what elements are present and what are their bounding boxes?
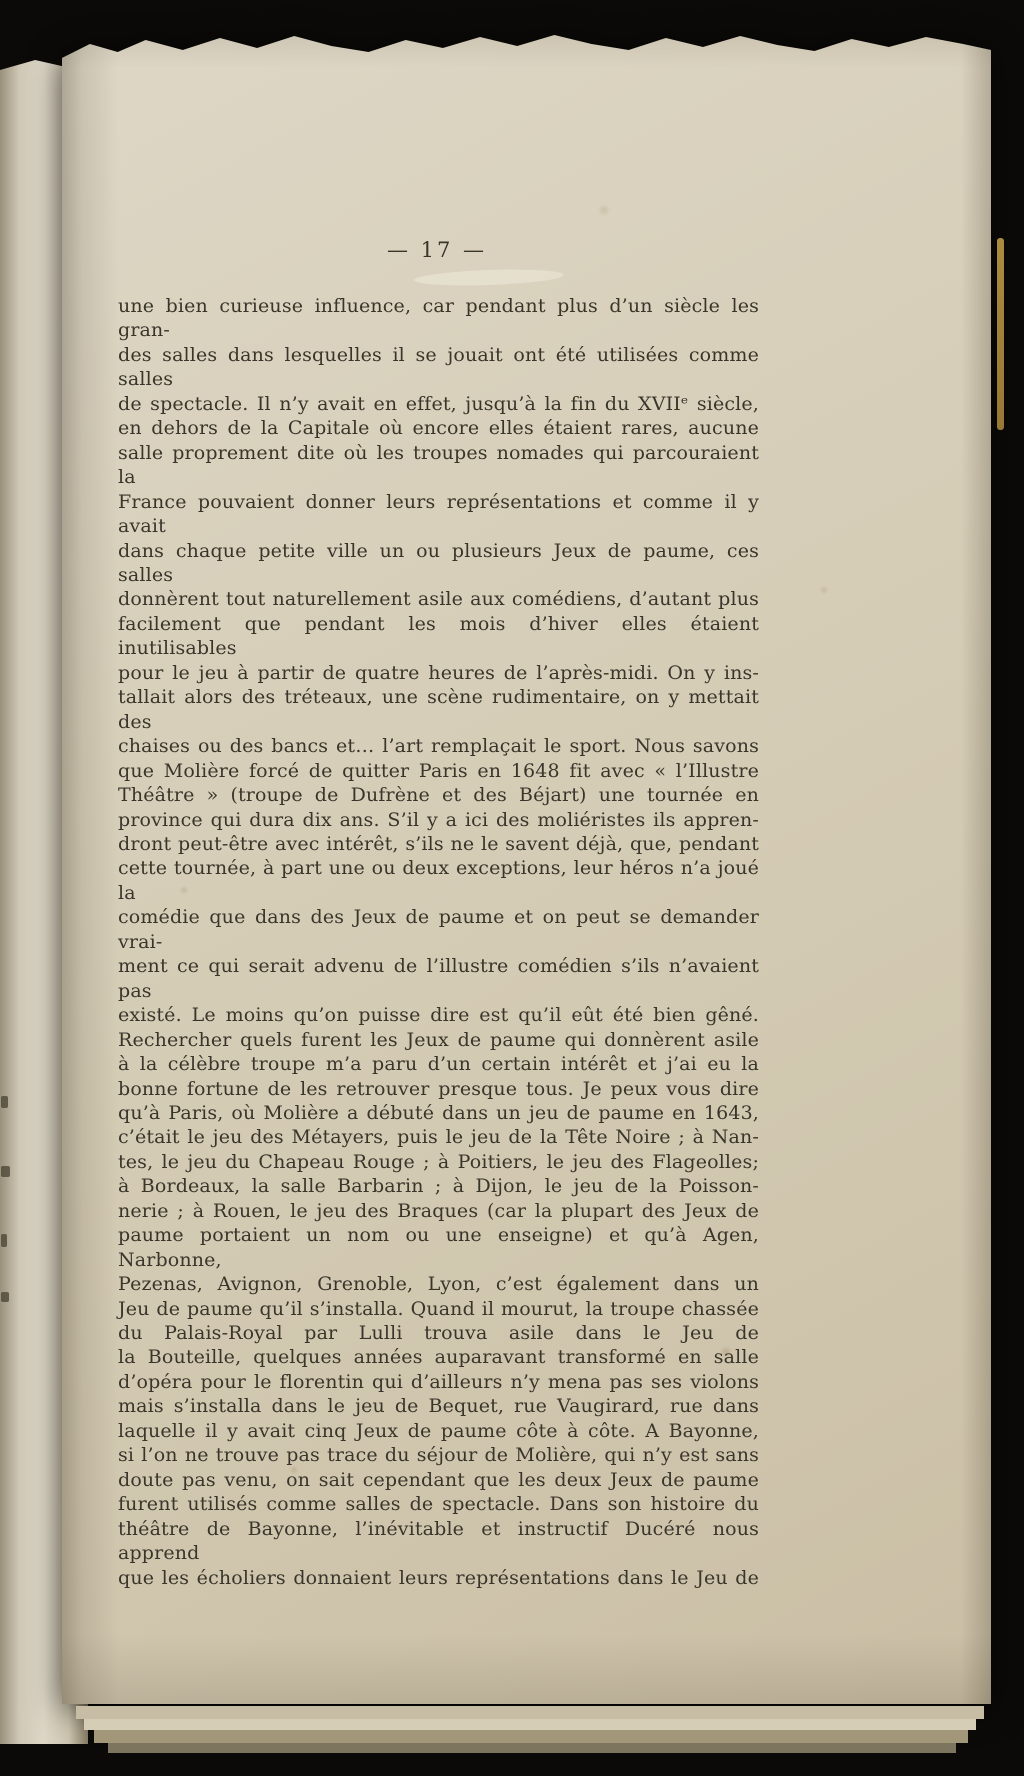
text-line: si l’on ne trouve pas trace du séjour de… xyxy=(118,1443,759,1467)
text-line: paume portaient un nom ou une enseigne) … xyxy=(118,1223,759,1272)
page-stack-edge xyxy=(84,1719,976,1730)
text-line: en dehors de la Capitale où encore elles… xyxy=(118,416,759,440)
scanned-book-page-wrap: — 17 — une bien curieuse influence, car … xyxy=(62,28,991,1704)
text-line: de spectacle. Il n’y avait en effet, jus… xyxy=(118,392,759,416)
page-stack-edge xyxy=(94,1730,968,1743)
text-line: province qui dura dix ans. S’il y a ici … xyxy=(118,808,759,832)
text-line: Pezenas, Avignon, Grenoble, Lyon, c’est … xyxy=(118,1272,759,1296)
text-line: que les écholiers donnaient leurs représ… xyxy=(118,1566,759,1590)
stray-ink-mark xyxy=(1,1166,10,1177)
text-line: c’était le jeu des Métayers, puis le jeu… xyxy=(118,1125,759,1149)
book-edge-sliver xyxy=(997,238,1004,430)
text-line: Rechercher quels furent les Jeux de paum… xyxy=(118,1028,759,1052)
page-text-block: une bien curieuse influence, car pendant… xyxy=(118,294,759,1590)
stray-ink-mark xyxy=(1,1292,9,1302)
text-line: dans chaque petite ville un ou plusieurs… xyxy=(118,539,759,588)
text-line: donnèrent tout naturellement asile aux c… xyxy=(118,587,759,611)
paper-abrasion xyxy=(414,267,564,287)
text-line: laquelle il y avait cinq Jeux de paume c… xyxy=(118,1419,759,1443)
text-line: Théâtre » (troupe de Dufrène et des Béja… xyxy=(118,783,759,807)
text-line: tes, le jeu du Chapeau Rouge ; à Poitier… xyxy=(118,1150,759,1174)
text-line: bonne fortune de les retrouver presque t… xyxy=(118,1077,759,1101)
text-line: comédie que dans des Jeux de paume et on… xyxy=(118,905,759,954)
text-line: théâtre de Bayonne, l’inévitable et inst… xyxy=(118,1517,759,1566)
text-line: furent utilisés comme salles de spectacl… xyxy=(118,1492,759,1516)
text-line: facilement que pendant les mois d’hiver … xyxy=(118,612,759,661)
text-line: du Palais-Royal par Lulli trouva asile d… xyxy=(118,1321,759,1345)
text-line: nerie ; à Rouen, le jeu des Braques (car… xyxy=(118,1199,759,1223)
text-line: dront peut-être avec intérêt, s’ils ne l… xyxy=(118,832,759,856)
text-line: France pouvaient donner leurs représenta… xyxy=(118,490,759,539)
text-line: doute pas venu, on sait cependant que le… xyxy=(118,1468,759,1492)
book-page: — 17 — une bien curieuse influence, car … xyxy=(62,28,991,1704)
text-line: une bien curieuse influence, car pendant… xyxy=(118,294,759,343)
text-line: existé. Le moins qu’on puisse dire est q… xyxy=(118,1003,759,1027)
text-line: que Molière forcé de quitter Paris en 16… xyxy=(118,759,759,783)
page-number: — 17 — xyxy=(118,238,756,262)
text-line: ment ce qui serait advenu de l’illustre … xyxy=(118,954,759,1003)
stray-ink-mark xyxy=(1,1096,8,1108)
text-line: chaises ou des bancs et… l’art remplaçai… xyxy=(118,734,759,758)
text-line: d’opéra pour le florentin qui d’ailleurs… xyxy=(118,1370,759,1394)
text-line: Jeu de paume qu’il s’installa. Quand il … xyxy=(118,1297,759,1321)
text-line: à Bordeaux, la salle Barbarin ; à Dijon,… xyxy=(118,1174,759,1198)
text-line: des salles dans lesquelles il se jouait … xyxy=(118,343,759,392)
stray-ink-mark xyxy=(1,1234,7,1247)
page-stack-edge xyxy=(108,1743,956,1753)
text-line: salle proprement dite où les troupes nom… xyxy=(118,441,759,490)
text-line: cette tournée, à part une ou deux except… xyxy=(118,856,759,905)
foxing-spots xyxy=(62,28,66,32)
text-line: pour le jeu à partir de quatre heures de… xyxy=(118,661,759,685)
text-line: mais s’installa dans le jeu de Bequet, r… xyxy=(118,1394,759,1418)
page-stack-edge xyxy=(76,1706,984,1719)
text-line: la Bouteille, quelques années auparavant… xyxy=(118,1345,759,1369)
text-line: tallait alors des tréteaux, une scène ru… xyxy=(118,685,759,734)
text-line: qu’à Paris, où Molière a débuté dans un … xyxy=(118,1101,759,1125)
text-line: à la célèbre troupe m’a paru d’un certai… xyxy=(118,1052,759,1076)
